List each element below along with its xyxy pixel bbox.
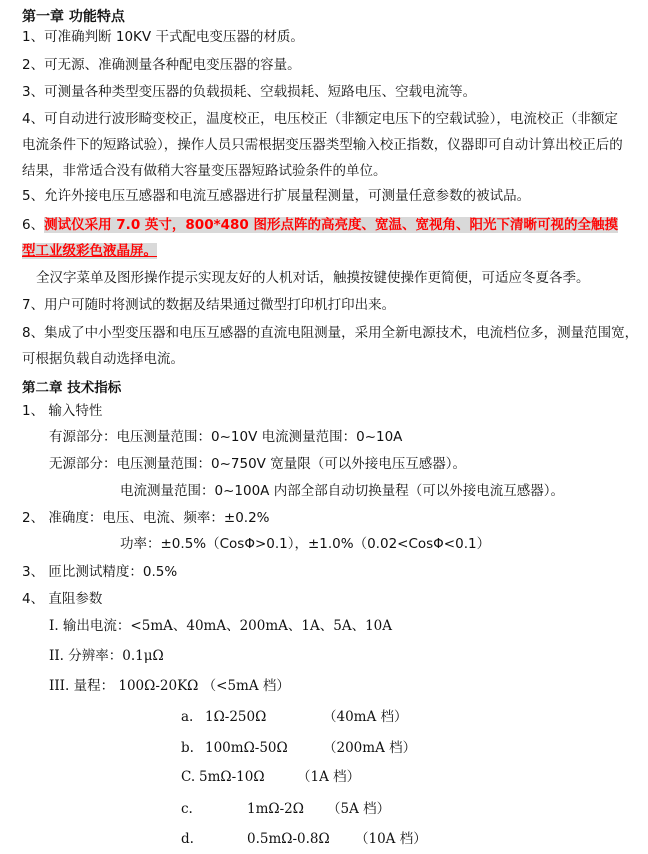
range-gear: （10A 档） [355, 831, 427, 847]
range-row-a: a.1Ω-250Ω（40mA 档） [181, 708, 408, 726]
feature-6-prefix: 6、 [22, 217, 44, 233]
feature-6-line2: 型工业级彩色液晶屏。 [22, 242, 157, 260]
range-gear: （5A 档） [327, 801, 390, 817]
range-row-C: C.5mΩ-10Ω（1A 档） [181, 768, 360, 786]
feature-6-highlight: 测试仪采用 7.0 英寸，800*480 图形点阵的高亮度、宽温、宽视角、阳光下… [44, 217, 618, 233]
range-row-c: c.1mΩ-2Ω（5A 档） [181, 800, 390, 818]
range-value: 5mΩ-10Ω [199, 768, 297, 786]
range-label: a. [181, 708, 205, 726]
range-value: 1mΩ-2Ω [247, 800, 327, 818]
feature-7: 7、用户可随时将测试的数据及结果通过微型打印机打印出来。 [22, 296, 395, 314]
range-label: C. [181, 768, 199, 786]
spec-dc-resolution: II. 分辨率：0.1μΩ [49, 647, 164, 665]
feature-1: 1、可准确判断 10KV 干式配电变压器的材质。 [22, 28, 304, 46]
range-value: 1Ω-250Ω [205, 708, 323, 726]
range-label: c. [181, 800, 247, 818]
feature-4-line1: 4、可自动进行波形畸变校正，温度校正，电压校正（非额定电压下的空载试验），电流校… [22, 110, 618, 128]
feature-4-line2: 电流条件下的短路试验），操作人员只需根据变压器类型输入校正指数，仪器即可自动计算… [22, 136, 623, 154]
feature-3: 3、可测量各种类型变压器的负载损耗、空载损耗、短路电压、空载电流等。 [22, 83, 476, 101]
range-row-d: d.0.5mΩ-0.8Ω（10A 档） [181, 830, 427, 848]
feature-4-line3: 结果，非常适合没有做稍大容量变压器短路试验条件的单位。 [22, 162, 387, 180]
feature-5: 5、允许外接电压互感器和电流互感器进行扩展量程测量，可测量任意参数的被试品。 [22, 187, 530, 205]
chapter-2-title: 第二章 技术指标 [22, 379, 121, 397]
spec-input-passive-voltage: 无源部分：电压测量范围：0~750V 宽量限（可以外接电压互感器）。 [49, 455, 466, 473]
feature-6-line1: 6、测试仪采用 7.0 英寸，800*480 图形点阵的高亮度、宽温、宽视角、阳… [22, 216, 618, 234]
range-gear: （40mA 档） [323, 709, 408, 725]
spec-accuracy-heading: 2、 准确度：电压、电流、频率：±0.2% [22, 509, 270, 527]
feature-8-line1: 8、集成了中小型变压器和电压互感器的直流电阻测量，采用全新电源技术，电流档位多，… [22, 324, 638, 342]
spec-input-heading: 1、 输入特性 [22, 402, 102, 420]
feature-8-line2: 可根据负载自动选择电流。 [22, 350, 184, 368]
range-label: b. [181, 739, 205, 757]
range-gear: （200mA 档） [323, 740, 416, 756]
feature-2: 2、可无源、准确测量各种配电变压器的容量。 [22, 56, 301, 74]
range-value: 0.5mΩ-0.8Ω [247, 830, 355, 848]
range-row-b: b.100mΩ-50Ω（200mA 档） [181, 739, 416, 757]
spec-dc-output-current: I. 输出电流：<5mA、40mA、200mA、1A、5A、10A [49, 617, 392, 635]
chapter-1-title: 第一章 功能特点 [22, 8, 125, 26]
range-label: d. [181, 830, 247, 848]
spec-accuracy-power: 功率：±0.5%（CosΦ>0.1），±1.0%（0.02<CosΦ<0.1） [120, 535, 490, 553]
spec-input-active: 有源部分：电压测量范围：0~10V 电流测量范围：0~10A [49, 428, 402, 446]
feature-6-continued: 全汉字菜单及图形操作提示实现友好的人机对话，触摸按键使操作更简便，可适应冬夏各季… [36, 269, 590, 287]
spec-ratio: 3、 匝比测试精度：0.5% [22, 563, 177, 581]
spec-dc-heading: 4、 直阻参数 [22, 590, 102, 608]
spec-dc-range: III. 量程： 100Ω-20KΩ （<5mA 档） [49, 677, 290, 695]
spec-input-passive-current: 电流测量范围：0~100A 内部全部自动切换量程（可以外接电流互感器）。 [120, 482, 564, 500]
range-value: 100mΩ-50Ω [205, 739, 323, 757]
feature-6-highlight-cont: 型工业级彩色液晶屏。 [22, 243, 157, 259]
range-gear: （1A 档） [297, 769, 360, 785]
